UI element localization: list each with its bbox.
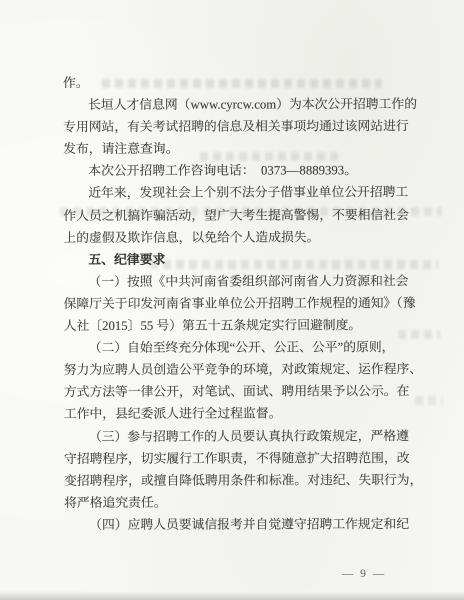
document-text: 作。长垣人才信息网（www.cyrcw.com）为本次公开招聘工作的专用网站，有… bbox=[63, 71, 409, 536]
text-line: 努力为应聘人员创造公平竞争的环境，对政策规定、运作程序、 bbox=[64, 358, 409, 381]
text-line: （三）参与招聘工作的人员要认真执行政策规定，严格遵 bbox=[64, 425, 409, 448]
text-line: 工作中，县纪委派人进行全过程监督。 bbox=[64, 403, 409, 426]
text-line: 作人员之机搞诈骗活动，望广大考生提高警惕，不要相信社会 bbox=[63, 204, 408, 227]
text-line: 变招聘程序，或擅自降低聘用条件和标准。对违纪、失职行为， bbox=[64, 469, 409, 492]
page-bottom-shadow bbox=[0, 591, 464, 600]
text-line: 长垣人才信息网（www.cyrcw.com）为本次公开招聘工作的 bbox=[63, 93, 408, 116]
text-line: 作。 bbox=[63, 71, 408, 94]
page-number: — 9 — bbox=[334, 568, 394, 580]
section-heading-line: 五、纪律要求 bbox=[63, 248, 408, 271]
text-line: 保障厅关于印发河南省事业单位公开招聘工作规程的通知》（豫 bbox=[64, 292, 409, 315]
text-line: 本次公开招聘工作咨询电话： 0373—8889393。 bbox=[63, 159, 408, 182]
text-line: （二）自始至终充分体现“公开、公正、公平”的原则， bbox=[64, 336, 409, 359]
text-line: 将严格追究责任。 bbox=[64, 491, 409, 514]
text-line: 发布，请注意查询。 bbox=[63, 137, 408, 160]
text-line: 方式方法等一律公开，对笔试、面试、聘用结果予以公示。在 bbox=[64, 380, 409, 403]
text-line: 近年来，发现社会上个别不法分子借事业单位公开招聘工 bbox=[63, 182, 408, 205]
text-line: 上的虚假及欺诈信息，以免给个人造成损失。 bbox=[63, 226, 408, 249]
scanned-document-page: 作。长垣人才信息网（www.cyrcw.com）为本次公开招聘工作的专用网站，有… bbox=[0, 0, 464, 600]
text-line: 守招聘程序，切实履行工作职责，不得随意扩大招聘范围，改 bbox=[64, 447, 409, 470]
text-line: （一）按照《中共河南省委组织部河南省人力资源和社会 bbox=[64, 270, 409, 293]
text-line: 专用网站，有关考试招聘的信息及相关事项均通过该网站进行 bbox=[63, 115, 408, 138]
text-line: 人社〔2015〕55 号）第五十五条规定实行回避制度。 bbox=[64, 314, 409, 337]
bleed-through-artifact bbox=[415, 396, 443, 405]
text-line: （四）应聘人员要诚信报考并自觉遵守招聘工作规定和纪 bbox=[64, 513, 409, 536]
